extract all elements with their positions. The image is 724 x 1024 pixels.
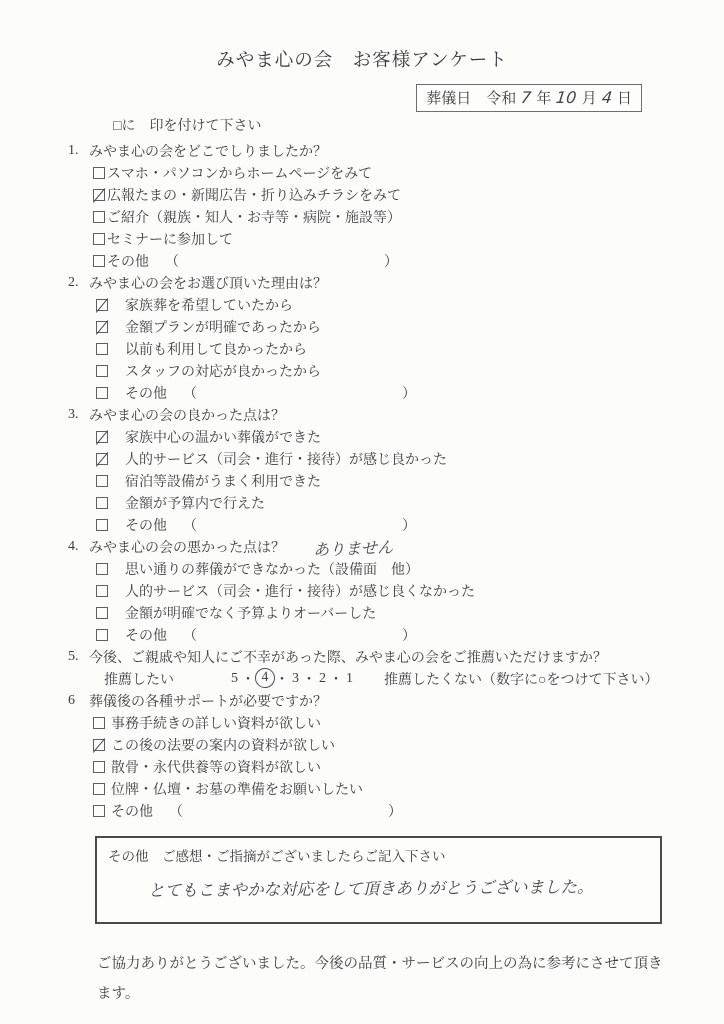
handwritten-note: ありません [313,534,394,560]
option-label: 散骨・永代供養等の資料が欲しい [111,757,321,777]
rating-number[interactable]: 2 [318,671,327,687]
option-row[interactable]: その他（） [68,250,724,272]
rating-right-label: 推薦したくない（数字に○をつけて下さい） [384,669,658,689]
checkbox-icon[interactable] [93,783,105,795]
option-label: スタッフの対応が良かったから [125,361,321,381]
question-text: 今後、ご親戚や知人にご不幸があった際、みやま心の会をご推薦いただけますか？ [89,647,607,667]
checkbox-icon[interactable] [93,255,105,267]
checkbox-icon[interactable] [93,167,105,179]
option-row[interactable]: 事務手続きの詳しい資料が欲しい [68,712,724,734]
question-number: 2. [68,275,89,291]
option-label: 金額が予算内で行えた [125,493,265,513]
option-row[interactable]: その他（） [68,800,724,822]
blank-close-paren: ） [388,801,402,821]
option-row[interactable]: 人的サービス（司会・進行・接待）が感じ良かった [68,448,724,470]
rating-circled-number[interactable]: 4 [254,667,275,688]
option-row[interactable]: 広報たまの・新聞広告・折り込みチラシをみて [68,184,724,206]
option-label: その他 [107,251,149,271]
checkbox-checked-icon[interactable] [96,431,108,443]
rating-number[interactable]: 5 [230,671,239,687]
question-title: 3.みやま心の会の良かった点は？ [68,404,724,426]
checkbox-icon[interactable] [93,761,105,773]
blank-open-paren: （ [169,801,183,821]
rating-left-label: 推薦したい [104,669,174,689]
handwritten-comment: とてもこまやかな対応をして頂きありがとうございました。 [148,873,649,901]
rating-separator: ・ [275,669,289,689]
option-label: スマホ・パソコンからホームページをみて [107,163,372,183]
question-title: 2.みやま心の会をお選び頂いた理由は？ [68,272,724,294]
checkbox-checked-icon[interactable] [96,321,108,333]
option-label: ご紹介（親族・知人・お寺等・病院・施設等） [107,207,401,227]
blank-open-paren: （ [183,515,197,535]
question-title: 5.今後、ご親戚や知人にご不幸があった際、みやま心の会をご推薦いただけますか？ [68,646,724,668]
footer-thanks-text: ご協力ありがとうございました。今後の品質・サービスの向上の為に参考にさせて頂きま… [97,949,664,1009]
blank-open-paren: （ [183,625,197,645]
checkbox-icon[interactable] [96,497,108,509]
option-label: その他 [111,801,153,821]
option-row[interactable]: 金額プランが明確であったから [68,316,724,338]
question-text: 葬儀後の各種サポートが必要ですか？ [89,691,327,711]
blank-open-paren: （ [183,383,197,403]
question-title: 1.みやま心の会をどこでしりましたか？ [68,140,724,162]
date-year-unit: 年 [536,87,551,108]
survey-sheet: みやま心の会 お客様アンケート 葬儀日 令和 7 年 10 月 4 日 □に 印… [0,0,724,1024]
option-row[interactable]: その他（） [68,382,724,404]
option-label: 位牌・仏壇・お墓の準備をお願いしたい [111,779,363,799]
blank-close-paren: ） [402,383,416,403]
blank-write-in-space[interactable] [197,393,402,394]
rating-separator: ・ [241,669,255,689]
checkbox-icon[interactable] [93,805,105,817]
question-text: みやま心の会をどこでしりましたか？ [89,141,327,161]
comments-box[interactable]: その他 ご感想・ご指摘がございましたらご記入下さい とてもこまやかな対応をして頂… [95,836,662,924]
date-month-value: 10 [555,88,577,107]
option-label: その他 [125,625,167,645]
rating-row: 推薦したい5・4・3・2・1推薦したくない（数字に○をつけて下さい） [68,668,724,690]
question-text: みやま心の会をお選び頂いた理由は？ [89,273,327,293]
question-number: 3. [68,407,89,423]
checkbox-icon[interactable] [96,475,108,487]
blank-open-paren: （ [165,251,179,271]
checkbox-icon[interactable] [96,585,108,597]
option-row[interactable]: 家族葬を希望していたから [68,294,724,316]
date-row: 葬儀日 令和 7 年 10 月 4 日 [0,84,642,112]
question-title: 4.みやま心の会の悪かった点は？ありません [68,536,724,558]
question-text: みやま心の会の良かった点は？ [89,405,285,425]
option-label: 金額プランが明確であったから [125,317,321,337]
questions-list: 1.みやま心の会をどこでしりましたか？スマホ・パソコンからホームページをみて広報… [68,140,724,822]
checkbox-icon[interactable] [96,343,108,355]
blank-close-paren: ） [402,625,416,645]
blank-write-in-space[interactable] [197,525,402,526]
option-row[interactable]: 思い通りの葬儀ができなかった（設備面 他） [68,558,724,580]
option-row[interactable]: 位牌・仏壇・お墓の準備をお願いしたい [68,778,724,800]
question-number: 1. [68,143,89,159]
question-6: 6葬儀後の各種サポートが必要ですか？事務手続きの詳しい資料が欲しいこの後の法要の… [68,690,724,822]
question-1: 1.みやま心の会をどこでしりましたか？スマホ・パソコンからホームページをみて広報… [68,140,724,272]
question-4: 4.みやま心の会の悪かった点は？ありません思い通りの葬儀ができなかった（設備面 … [68,536,724,646]
rating-scale: 5・4・3・2・1 [230,669,354,689]
option-row[interactable]: 金額が明確でなく予算よりオーバーした [68,602,724,624]
rating-number[interactable]: 1 [345,671,354,687]
option-row[interactable]: スタッフの対応が良かったから [68,360,724,382]
question-5: 5.今後、ご親戚や知人にご不幸があった際、みやま心の会をご推薦いただけますか？推… [68,646,724,690]
page-title: みやま心の会 お客様アンケート [0,0,724,72]
option-row[interactable]: 宿泊等設備がうまく利用できた [68,470,724,492]
rating-separator: ・ [329,669,343,689]
date-prefix-label: 葬儀日 令和 [426,87,516,108]
option-row[interactable]: 以前も利用して良かったから [68,338,724,360]
question-text: みやま心の会の悪かった点は？ [89,537,285,557]
option-label: 以前も利用して良かったから [125,339,307,359]
checkbox-icon[interactable] [93,717,105,729]
option-label: その他 [125,383,167,403]
checkbox-checked-icon[interactable] [93,189,105,201]
checkbox-icon[interactable] [96,607,108,619]
option-label: 金額が明確でなく予算よりオーバーした [125,603,376,623]
option-row[interactable]: その他（） [68,624,724,646]
checkbox-icon[interactable] [93,211,105,223]
checkbox-checked-icon[interactable] [96,453,108,465]
option-label: 家族葬を希望していたから [125,295,293,315]
date-day-value: 4 [601,88,613,107]
option-label: その他 [125,515,167,535]
comments-box-label: その他 ご感想・ご指摘がございましたらご記入下さい [108,845,649,865]
checkbox-icon[interactable] [96,387,108,399]
date-month-unit: 月 [582,87,597,108]
rating-separator: ・ [302,669,316,689]
option-row[interactable]: 散骨・永代供養等の資料が欲しい [68,756,724,778]
checkbox-icon[interactable] [93,233,105,245]
option-row[interactable]: 人的サービス（司会・進行・接待）が感じ良くなかった [68,580,724,602]
option-row[interactable]: その他（） [68,514,724,536]
option-row[interactable]: ご紹介（親族・知人・お寺等・病院・施設等） [68,206,724,228]
option-row[interactable]: セミナーに参加して [68,228,724,250]
question-title: 6葬儀後の各種サポートが必要ですか？ [68,690,724,712]
option-label: 思い通りの葬儀ができなかった（設備面 他） [125,559,419,579]
option-label: 人的サービス（司会・進行・接待）が感じ良かった [125,449,447,469]
checkbox-instruction: □に 印を付けて下さい [113,117,724,137]
option-row[interactable]: 家族中心の温かい葬儀ができた [68,426,724,448]
date-day-unit: 日 [617,87,632,108]
question-number: 4. [68,539,89,555]
question-3: 3.みやま心の会の良かった点は？家族中心の温かい葬儀ができた人的サービス（司会・… [68,404,724,536]
blank-close-paren: ） [384,251,398,271]
rating-number[interactable]: 3 [291,671,300,687]
checkbox-icon[interactable] [96,563,108,575]
checkbox-checked-icon[interactable] [96,299,108,311]
checkbox-icon[interactable] [96,519,108,531]
question-number: 5. [68,649,89,665]
checkbox-icon[interactable] [96,629,108,641]
question-number: 6 [68,693,89,709]
option-row[interactable]: この後の法要の案内の資料が欲しい [68,734,724,756]
funeral-date-box: 葬儀日 令和 7 年 10 月 4 日 [416,84,642,112]
option-label: この後の法要の案内の資料が欲しい [111,735,335,755]
blank-close-paren: ） [402,515,416,535]
option-label: 家族中心の温かい葬儀ができた [125,427,321,447]
option-label: セミナーに参加して [107,229,233,249]
blank-write-in-space[interactable] [183,811,388,812]
checkbox-checked-icon[interactable] [93,739,105,751]
option-row[interactable]: 金額が予算内で行えた [68,492,724,514]
option-label: 広報たまの・新聞広告・折り込みチラシをみて [107,185,401,205]
date-year-value: 7 [520,88,532,107]
option-label: 事務手続きの詳しい資料が欲しい [111,713,321,733]
blank-write-in-space[interactable] [197,635,402,636]
option-row[interactable]: スマホ・パソコンからホームページをみて [68,162,724,184]
option-label: 宿泊等設備がうまく利用できた [125,471,321,491]
question-2: 2.みやま心の会をお選び頂いた理由は？家族葬を希望していたから金額プランが明確で… [68,272,724,404]
blank-write-in-space[interactable] [179,261,384,262]
option-label: 人的サービス（司会・進行・接待）が感じ良くなかった [125,581,475,601]
checkbox-icon[interactable] [96,365,108,377]
